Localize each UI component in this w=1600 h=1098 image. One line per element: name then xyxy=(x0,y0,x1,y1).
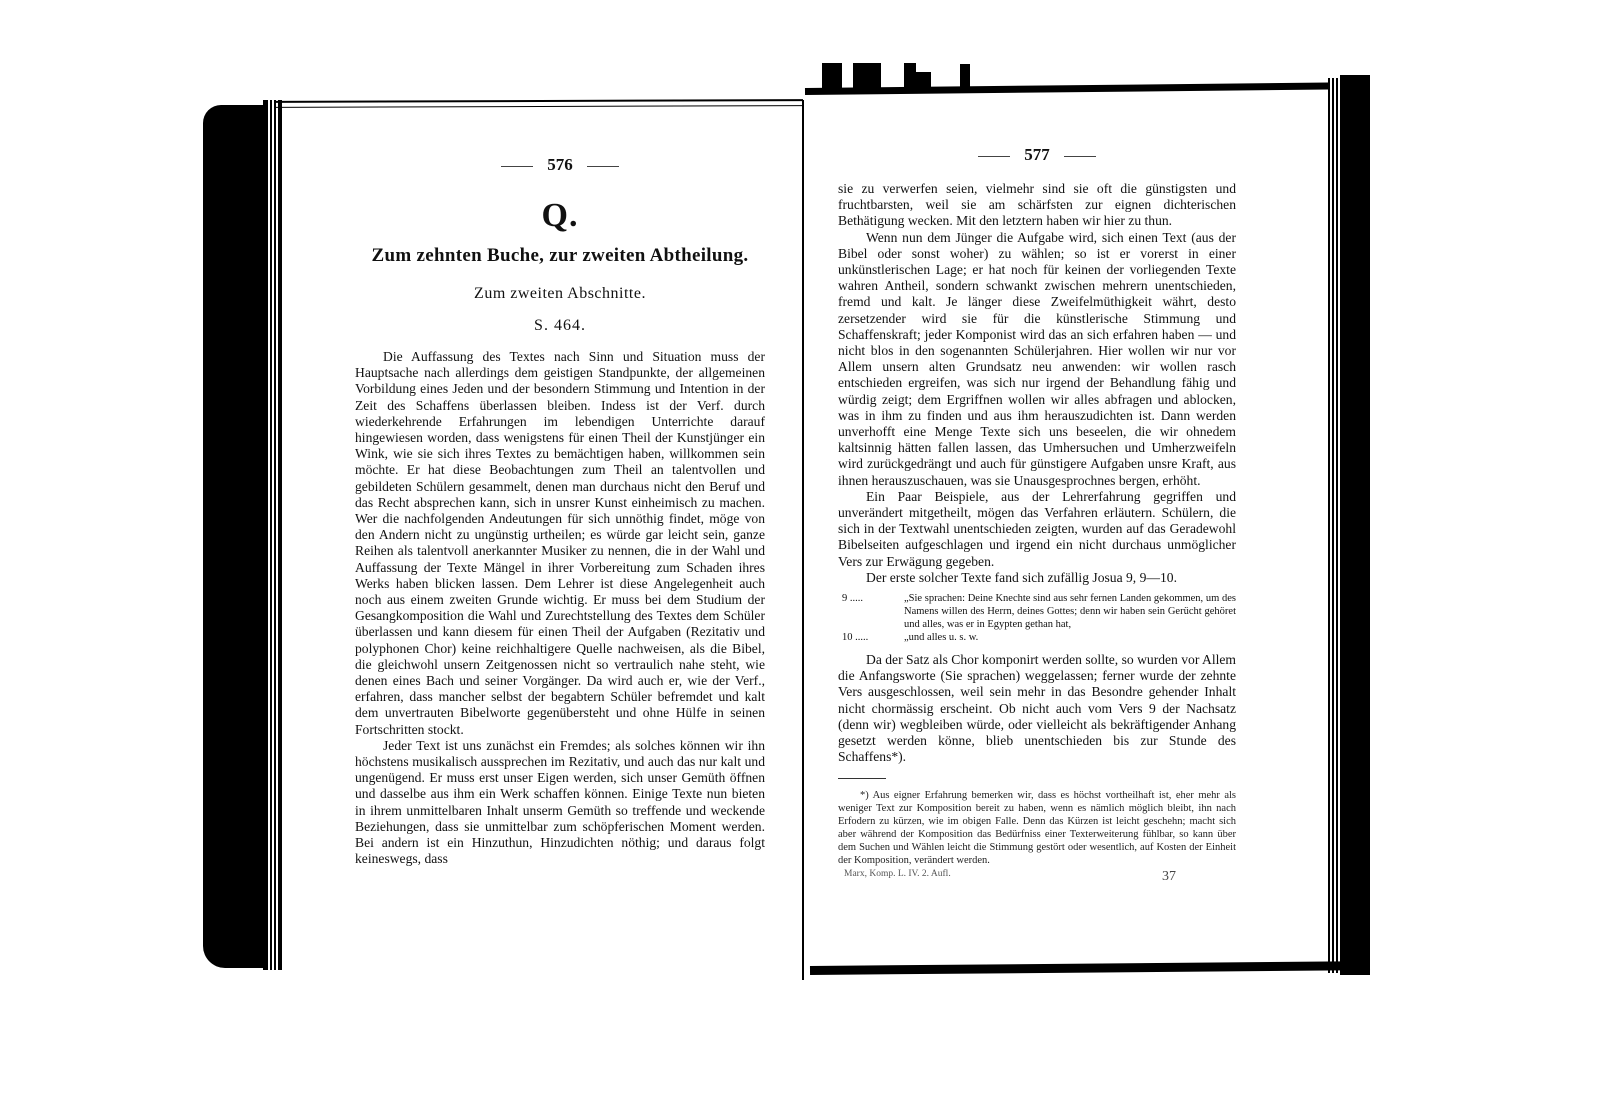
paragraph: Die Auffassung des Textes nach Sinn und … xyxy=(355,349,765,738)
bible-quote: 9 ..... „Sie sprachen: Deine Knechte sin… xyxy=(838,592,1236,644)
paragraph: Wenn nun dem Jünger die Aufgabe wird, si… xyxy=(838,230,1236,489)
verse-text: „Sie sprachen: Deine Knechte sind aus se… xyxy=(904,592,1236,631)
quote-verse: 9 ..... „Sie sprachen: Deine Knechte sin… xyxy=(838,592,1236,631)
book-spine xyxy=(802,100,804,980)
paragraph: sie zu verwerfen seien, vielmehr sind si… xyxy=(838,181,1236,230)
verse-number: 10 ..... xyxy=(838,631,904,644)
paragraph: Der erste solcher Texte fand sich zufäll… xyxy=(838,570,1236,586)
paragraph: Jeder Text ist uns zunächst ein Fremdes;… xyxy=(355,738,765,868)
right-page-top-edge xyxy=(805,82,1340,95)
left-book-edge xyxy=(203,105,263,968)
quote-verse: 10 ..... „und alles u. s. w. xyxy=(838,631,1236,644)
book-scan xyxy=(0,0,1600,1098)
left-page-top-edge xyxy=(275,99,803,108)
page-number: 577 xyxy=(838,145,1236,165)
paragraph: Da der Satz als Chor komponirt werden so… xyxy=(838,652,1236,765)
section-subtitle: Zum zweiten Abschnitte. xyxy=(355,285,765,303)
paragraph: Ein Paar Beispiele, aus der Lehrerfahrun… xyxy=(838,489,1236,570)
right-page-bottom-edge xyxy=(810,961,1370,975)
left-page: 576 Q. Zum zehnten Buche, zur zweiten Ab… xyxy=(355,155,765,868)
verse-text: „und alles u. s. w. xyxy=(904,631,1236,644)
page-reference: S. 464. xyxy=(355,317,765,335)
page-number: 576 xyxy=(355,155,765,175)
section-letter: Q. xyxy=(355,197,765,235)
left-page-stack xyxy=(263,100,282,970)
footnote: *) Aus eigner Erfahrung bemerken wir, da… xyxy=(838,789,1236,867)
signature-title: Marx, Komp. L. IV. 2. Aufl. xyxy=(844,869,951,885)
footnote-divider xyxy=(838,778,886,779)
signature-number: 37 xyxy=(1162,869,1176,885)
right-page: 577 sie zu verwerfen seien, vielmehr sin… xyxy=(838,145,1236,885)
verse-number: 9 ..... xyxy=(838,592,904,631)
right-book-edge xyxy=(1340,75,1370,975)
printer-signature: Marx, Komp. L. IV. 2. Aufl. 37 xyxy=(838,869,1236,885)
chapter-title: Zum zehnten Buche, zur zweiten Abtheilun… xyxy=(355,245,765,267)
